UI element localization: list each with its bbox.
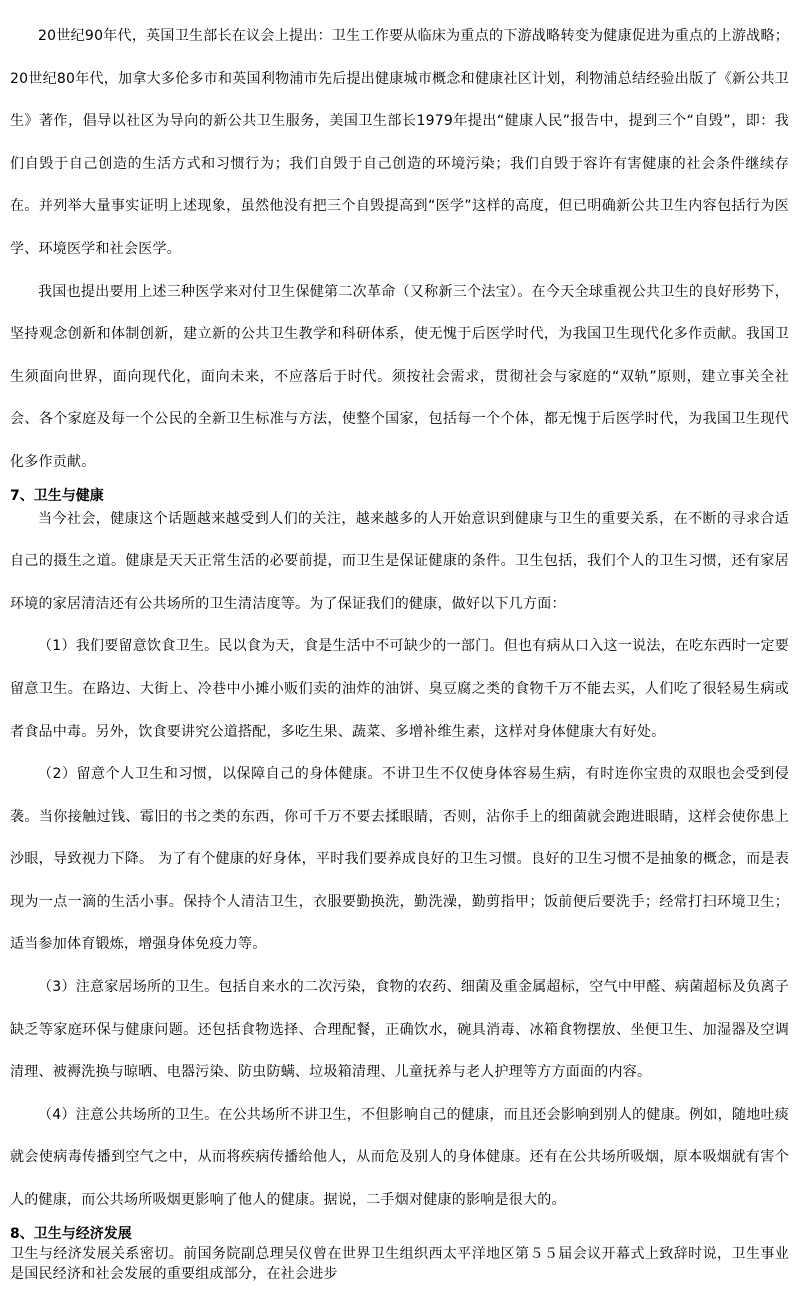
list-item-public-hygiene: （4）注意公共场所的卫生。在公共场所不讲卫生，不但影响自己的健康，而且还会影响到… (10, 1094, 789, 1222)
section-heading-8: 8、卫生与经济发展 (10, 1224, 789, 1244)
document-page: 20世纪90年代，英国卫生部长在议会上提出：卫生工作要从临床为重点的下游战略转变… (0, 15, 799, 1284)
section-8-body: 卫生与经济发展关系密切。前国务院副总理吴仪曾在世界卫生组织西太平洋地区第５５届会… (10, 1244, 789, 1284)
section-7-intro: 当今社会，健康这个话题越来越受到人们的关注，越来越多的人开始意识到健康与卫生的重… (10, 498, 789, 626)
paragraph-three-medicines: 我国也提出要用上述三种医学来对付卫生保健第二次革命（又称新三个法宝）。在今天全球… (10, 271, 789, 484)
list-item-diet-hygiene: （1）我们要留意饮食卫生。民以食为天，食是生活中不可缺少的一部门。但也有病从口入… (10, 625, 789, 753)
list-item-home-hygiene: （3）注意家居场所的卫生。包括自来水的二次污染，食物的农药、细菌及重金属超标，空… (10, 966, 789, 1094)
section-hygiene-and-health: 7、卫生与健康 当今社会，健康这个话题越来越受到人们的关注，越来越多的人开始意识… (10, 486, 789, 1222)
list-item-personal-hygiene: （2）留意个人卫生和习惯，以保障自己的身体健康。不讲卫生不仅使身体容易生病，有时… (10, 753, 789, 966)
paragraph-public-health-history: 20世纪90年代，英国卫生部长在议会上提出：卫生工作要从临床为重点的下游战略转变… (10, 15, 789, 271)
section-hygiene-and-economy: 8、卫生与经济发展 卫生与经济发展关系密切。前国务院副总理吴仪曾在世界卫生组织西… (10, 1224, 789, 1284)
